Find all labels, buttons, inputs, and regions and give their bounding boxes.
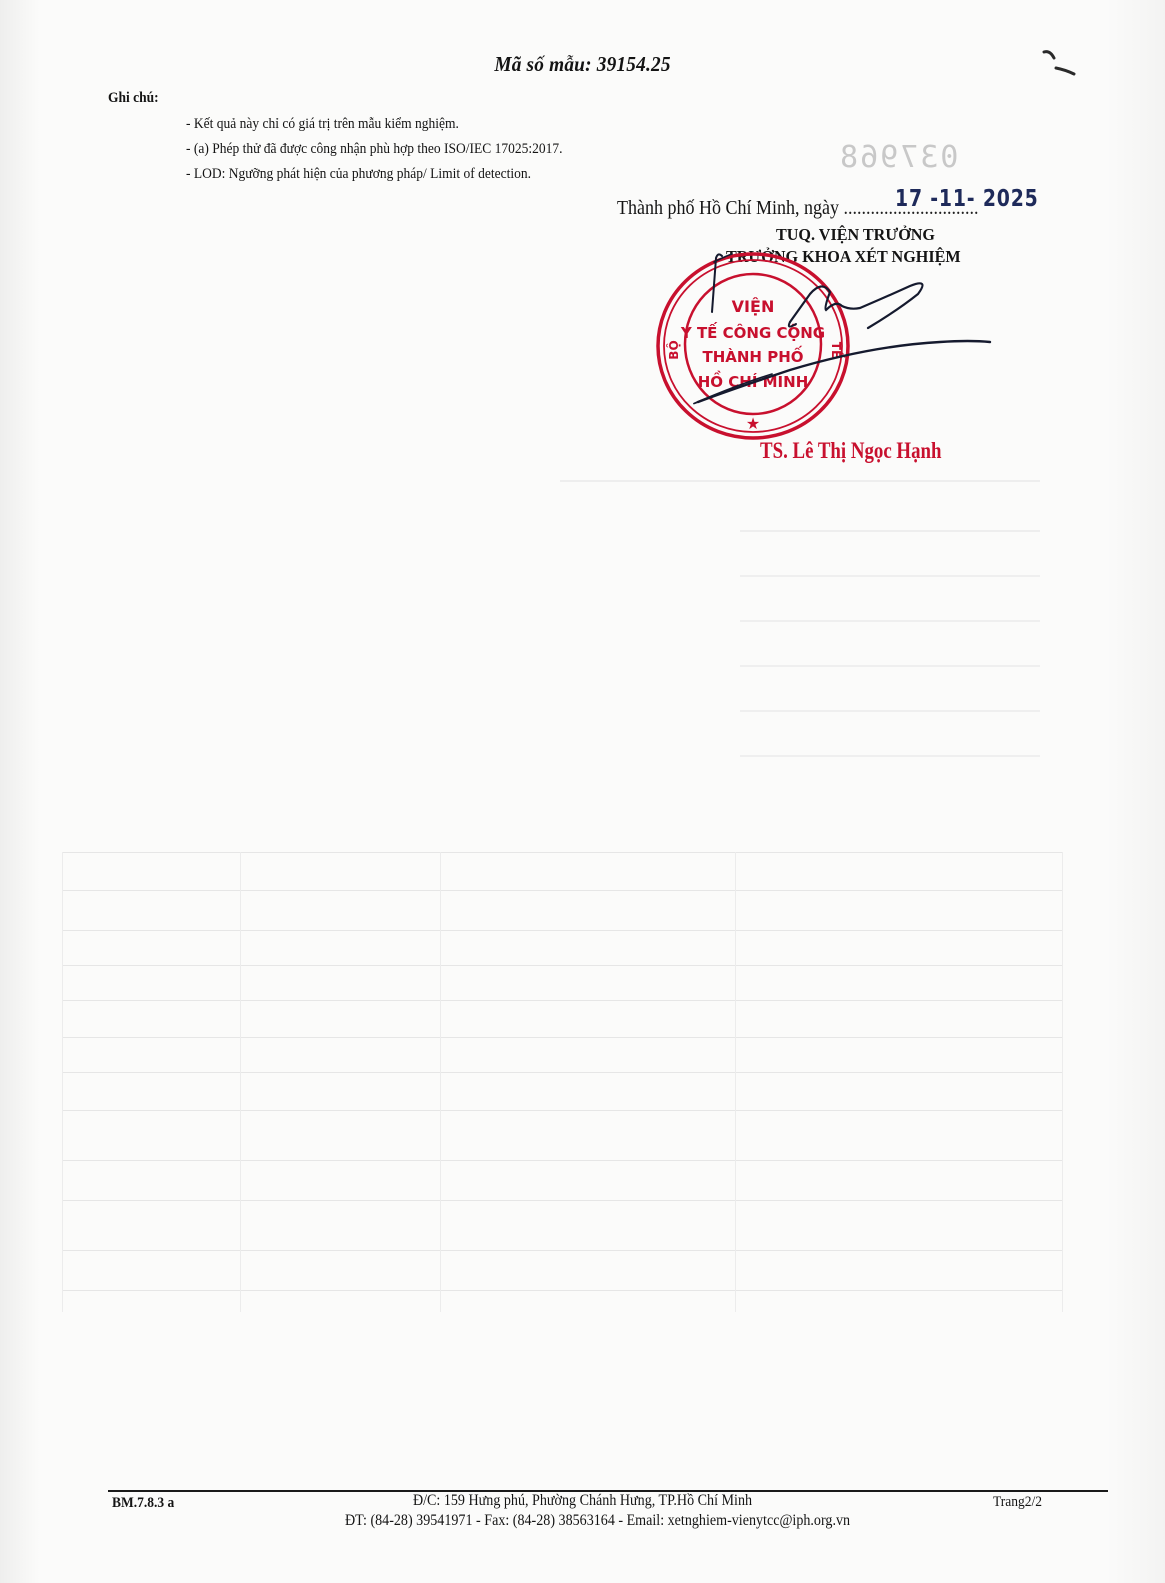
note-item: - (a) Phép thử đã được công nhận phù hợp… [186, 137, 562, 162]
signer-name: TS. Lê Thị Ngọc Hạnh [760, 438, 942, 464]
date-stamp: 17 -11- 2025 [895, 186, 1039, 212]
footer-address: Đ/C: 159 Hưng phú, Phường Chánh Hưng, TP… [70, 1492, 1095, 1510]
note-item: - Kết quả này chỉ có giá trị trên mẫu ki… [186, 112, 562, 137]
notes-label: Ghi chú: [108, 90, 159, 107]
note-item: - LOD: Ngưỡng phát hiện của phương pháp/… [186, 162, 562, 187]
pen-mark-icon [1042, 48, 1086, 78]
place-date-prefix: Thành phố Hồ Chí Minh, ngày [617, 197, 843, 219]
footer-contact: ĐT: (84-28) 39541971 - Fax: (84-28) 3856… [72, 1512, 1124, 1530]
page-number: Trang2/2 [993, 1494, 1042, 1511]
notes-list: - Kết quả này chỉ có giá trị trên mẫu ki… [186, 112, 562, 187]
sample-code: Mã số mẫu: 39154.25 [47, 52, 1119, 77]
signatory-title-1: TUQ. VIỆN TRƯỞNG [776, 225, 935, 245]
bleed-through-serial-number: 037968 [838, 140, 958, 175]
scan-shading [0, 0, 1165, 1583]
handwritten-signature [640, 250, 1010, 430]
